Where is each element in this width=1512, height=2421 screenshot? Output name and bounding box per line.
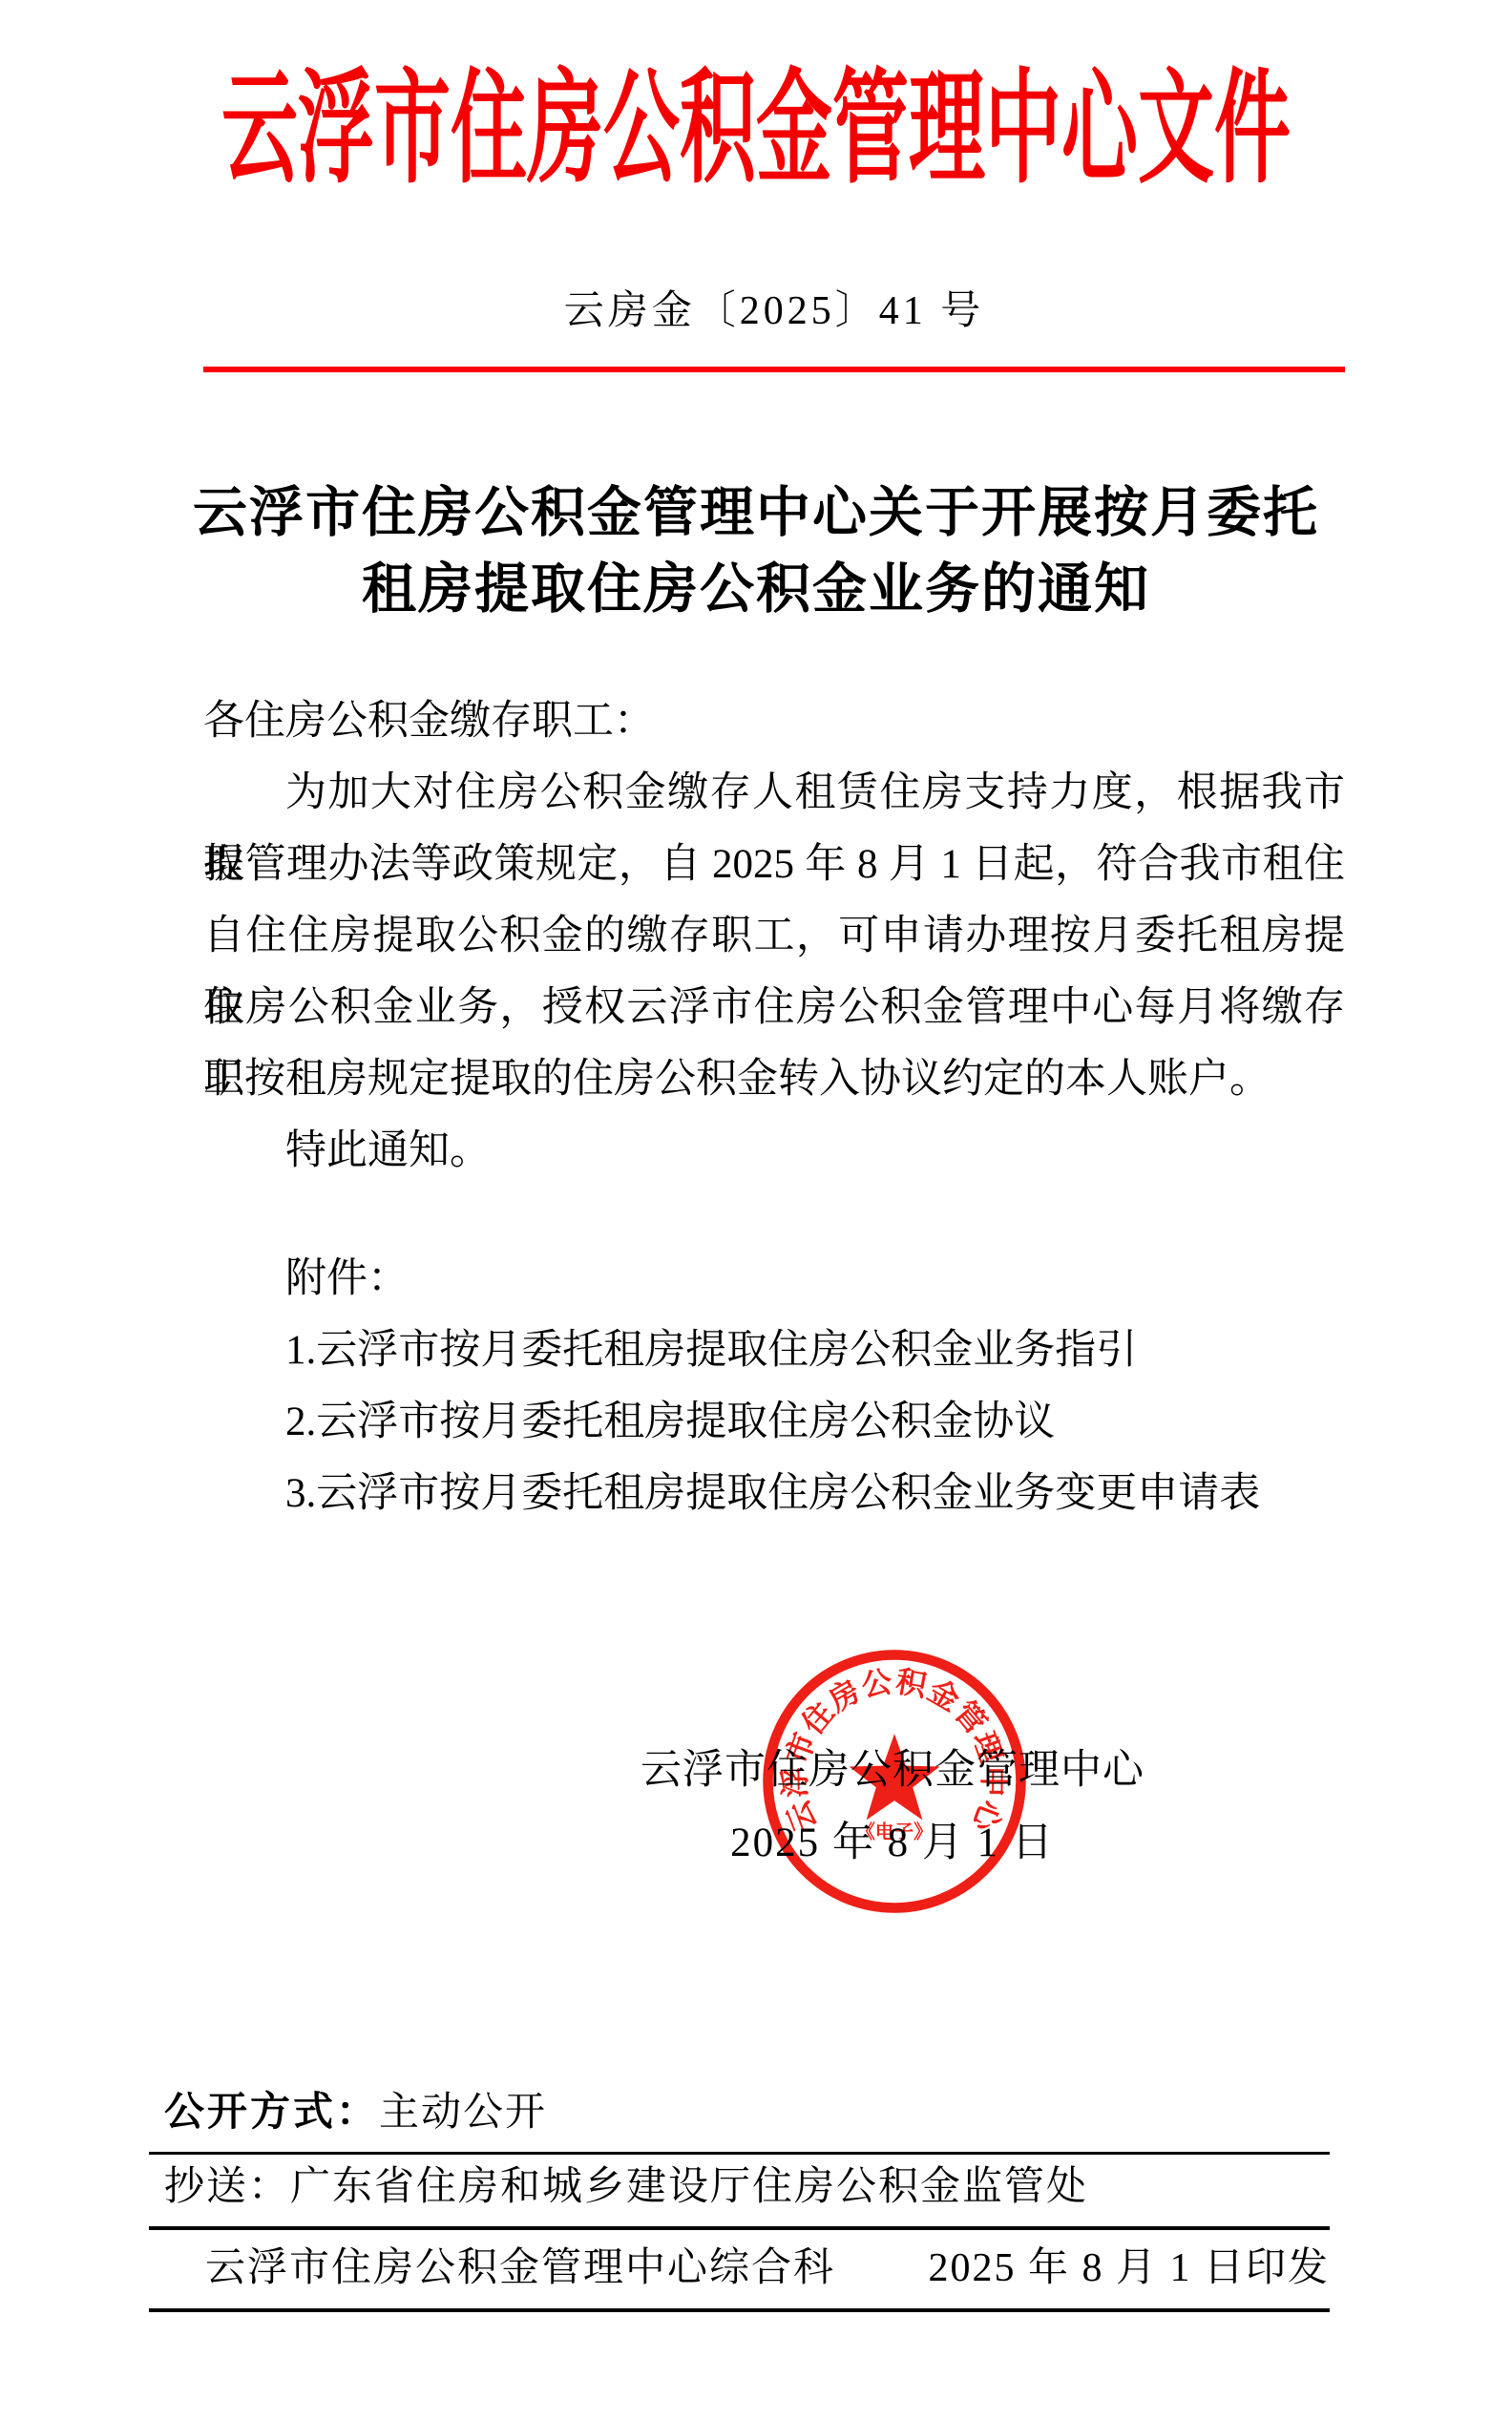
cc-row: 抄送：广东省住房和城乡建设厅住房公积金监管处 (164, 2165, 1088, 2209)
footer-divider-middle (149, 2226, 1330, 2230)
body-line: 自住住房提取公积金的缴存职工，可申请办理按月委托租房提取 (203, 900, 1345, 972)
document-title: 云浮市住房公积金管理中心关于开展按月委托 租房提取住房公积金业务的通知 (115, 475, 1397, 628)
salutation-line: 各住房公积金缴存职工： (203, 685, 1345, 757)
signature-date: 2025 年 8 月 1 日 (558, 1821, 1227, 1865)
print-date: 2025 年 8 月 1 日印发 (928, 2246, 1330, 2290)
body-line: 工按租房规定提取的住房公积金转入协议约定的本人账户。 (203, 1043, 1345, 1115)
footer-divider-bottom (149, 2308, 1330, 2312)
footer-divider-top (149, 2152, 1330, 2155)
issuer-row: 云浮市住房公积金管理中心综合科 2025 年 8 月 1 日印发 (149, 2246, 1330, 2290)
body-line: 住房公积金业务，授权云浮市住房公积金管理中心每月将缴存职 (203, 972, 1345, 1043)
attachments-label: 附件： (203, 1243, 1345, 1315)
attachment-item: 2.云浮市按月委托租房提取住房公积金协议 (203, 1386, 1345, 1458)
document-body: 各住房公积金缴存职工： 为加大对住房公积金缴存人租赁住房支持力度，根据我市提 取… (203, 685, 1345, 1187)
document-number: 云房金〔2025〕41 号 (203, 289, 1345, 333)
attachments-section: 附件： 1.云浮市按月委托租房提取住房公积金业务指引 2.云浮市按月委托租房提取… (203, 1243, 1345, 1529)
official-document-page: 云浮市住房公积金管理中心文件 云房金〔2025〕41 号 云浮市住房公积金管理中… (0, 0, 1512, 2421)
letterhead-title: 云浮市住房公积金管理中心文件 (0, 69, 1512, 193)
publish-method-row: 公开方式：主动公开 (164, 2090, 547, 2135)
issuer-office: 云浮市住房公积金管理中心综合科 (149, 2246, 835, 2290)
attachment-item: 3.云浮市按月委托租房提取住房公积金业务变更申请表 (203, 1458, 1345, 1529)
document-title-line2: 租房提取住房公积金业务的通知 (115, 552, 1397, 628)
body-line: 为加大对住房公积金缴存人租赁住房支持力度，根据我市提 (203, 757, 1345, 829)
signature-organization: 云浮市住房公积金管理中心 (558, 1749, 1227, 1793)
attachment-item: 1.云浮市按月委托租房提取住房公积金业务指引 (203, 1315, 1345, 1386)
closing-line: 特此通知。 (203, 1115, 1345, 1187)
publish-method-value: 主动公开 (379, 2091, 547, 2135)
body-line: 取管理办法等政策规定，自 2025 年 8 月 1 日起，符合我市租住 (203, 829, 1345, 900)
document-title-line1: 云浮市住房公积金管理中心关于开展按月委托 (115, 475, 1397, 552)
publish-method-label: 公开方式： (164, 2089, 379, 2134)
red-divider-rule (203, 367, 1345, 372)
